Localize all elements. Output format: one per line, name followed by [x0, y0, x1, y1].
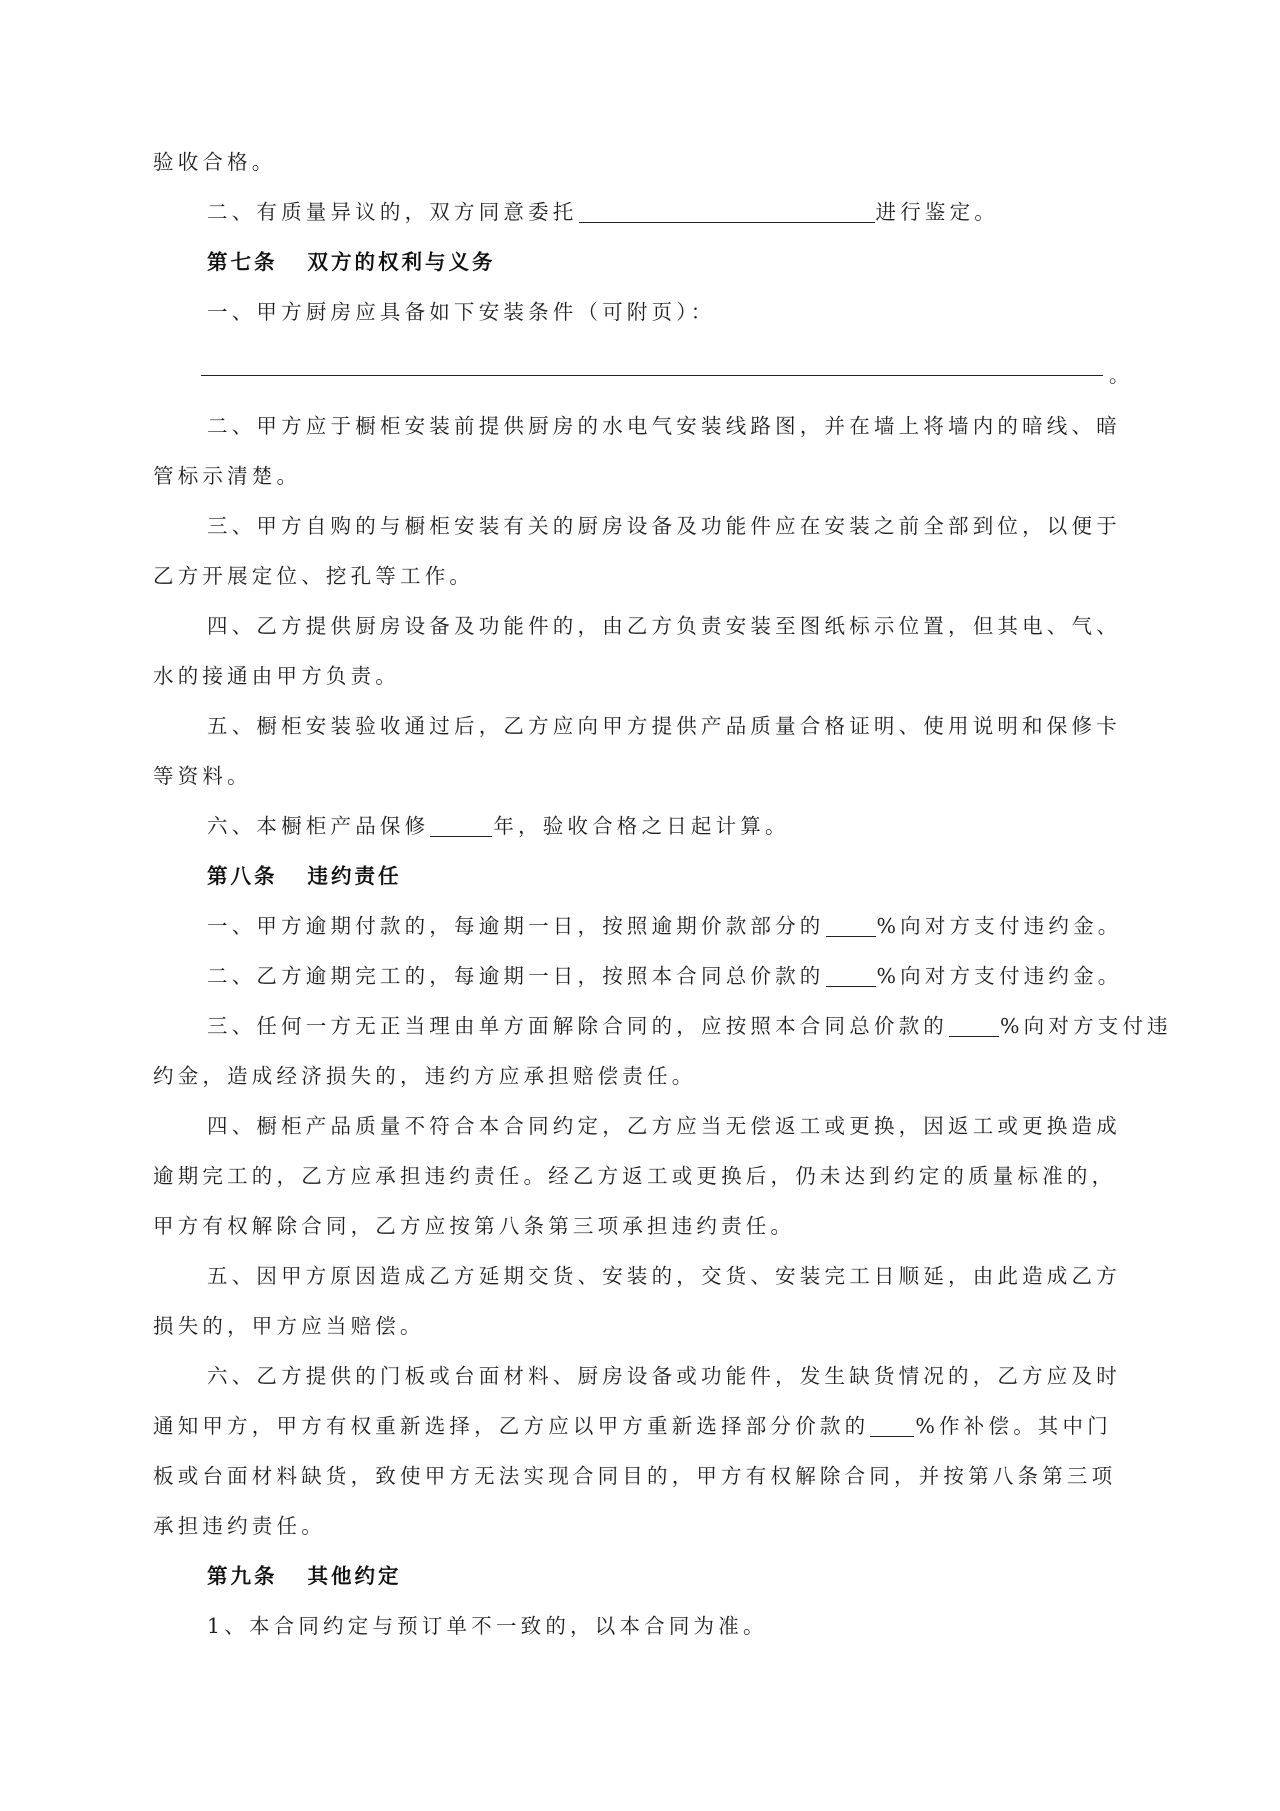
contract-body: 验收合格。 二、有质量异议的，双方同意委托进行鉴定。 第七条双方的权利与义务 一…: [153, 137, 1128, 1651]
article-7-heading: 第七条双方的权利与义务: [153, 237, 1128, 287]
text: 板或台面材料缺货，致使甲方无法实现合同目的，甲方有权解除合同，并按第八条第三项: [153, 1464, 1116, 1488]
paragraph-line: 甲方有权解除合同，乙方应按第八条第三项承担违约责任。: [153, 1201, 1128, 1251]
clause-7-3: 三、甲方自购的与橱柜安装有关的厨房设备及功能件应在安装之前全部到位，以便于: [153, 501, 1128, 551]
text: 五、橱柜安装验收通过后，乙方应向甲方提供产品质量合格证明、使用说明和保修卡: [207, 714, 1121, 738]
clause-8-3: 三、任何一方无正当理由单方面解除合同的，应按照本合同总价款的%向对方支付违: [153, 1001, 1128, 1051]
text: 承担违约责任。: [153, 1514, 326, 1538]
paragraph-line: 等资料。: [153, 751, 1128, 801]
text: 逾期完工的，乙方应承担违约责任。经乙方返工或更换后，仍未达到约定的质量标准的，: [153, 1164, 1116, 1188]
fill-blank-installation-conditions[interactable]: [201, 375, 1103, 376]
clause-7-4: 四、乙方提供厨房设备及功能件的，由乙方负责安装至图纸标示位置，但其电、气、: [153, 601, 1128, 651]
article-title: 双方的权利与义务: [308, 250, 496, 274]
paragraph-line: 损失的，甲方应当赔偿。: [153, 1301, 1128, 1351]
text: %向对方支付违约金。: [877, 964, 1123, 988]
text: 六、本橱柜产品保修: [207, 814, 429, 838]
text: 二、甲方应于橱柜安装前提供厨房的水电气安装线路图，并在墙上将墙内的暗线、暗: [207, 414, 1121, 438]
article-title: 违约责任: [308, 864, 402, 888]
fill-blank-warranty-years[interactable]: [430, 814, 492, 837]
text: 管标示清楚。: [153, 464, 301, 488]
text: %向对方支付违: [1000, 1014, 1172, 1038]
paragraph-line: 乙方开展定位、挖孔等工作。: [153, 551, 1128, 601]
clause-7-6: 六、本橱柜产品保修年，验收合格之日起计算。: [153, 801, 1128, 851]
paragraph-line: 板或台面材料缺货，致使甲方无法实现合同目的，甲方有权解除合同，并按第八条第三项: [153, 1451, 1128, 1501]
clause-6-2: 二、有质量异议的，双方同意委托进行鉴定。: [153, 187, 1128, 237]
text: 进行鉴定。: [876, 200, 1000, 224]
paragraph-line: 水的接通由甲方负责。: [153, 651, 1128, 701]
fill-blank-late-payment-rate[interactable]: [826, 914, 876, 937]
article-9-heading: 第九条其他约定: [153, 1551, 1128, 1601]
text: 1、本合同约定与预订单不一致的，以本合同为准。: [207, 1614, 768, 1638]
clause-9-1: 1、本合同约定与预订单不一致的，以本合同为准。: [153, 1601, 1128, 1651]
text: 六、乙方提供的门板或台面材料、厨房设备或功能件，发生缺货情况的，乙方应及时: [207, 1364, 1121, 1388]
text: 损失的，甲方应当赔偿。: [153, 1314, 425, 1338]
fill-blank-appraisal-agency[interactable]: [579, 200, 875, 223]
text: 一、甲方厨房应具备如下安装条件（可附页）：: [207, 300, 715, 324]
text: 约金，造成经济损失的，违约方应承担赔偿责任。: [153, 1064, 696, 1088]
article-number: 第七条: [207, 250, 278, 274]
text: %作补偿。其中门: [915, 1414, 1112, 1438]
clause-7-1: 一、甲方厨房应具备如下安装条件（可附页）：: [153, 287, 1128, 337]
fill-blank-termination-rate[interactable]: [949, 1014, 999, 1037]
clause-7-5: 五、橱柜安装验收通过后，乙方应向甲方提供产品质量合格证明、使用说明和保修卡: [153, 701, 1128, 751]
fill-blank-late-completion-rate[interactable]: [826, 964, 876, 987]
text: 甲方有权解除合同，乙方应按第八条第三项承担违约责任。: [153, 1214, 795, 1238]
text: 五、因甲方原因造成乙方延期交货、安装的，交货、安装完工日顺延，由此造成乙方: [207, 1264, 1121, 1288]
fill-blank-compensation-rate[interactable]: [870, 1414, 914, 1437]
paragraph-line: 承担违约责任。: [153, 1501, 1128, 1551]
installation-conditions-line: 。: [153, 337, 1128, 401]
text: 等资料。: [153, 764, 252, 788]
text: %向对方支付违约金。: [877, 914, 1123, 938]
paragraph-line: 逾期完工的，乙方应承担违约责任。经乙方返工或更换后，仍未达到约定的质量标准的，: [153, 1151, 1128, 1201]
clause-8-6: 六、乙方提供的门板或台面材料、厨房设备或功能件，发生缺货情况的，乙方应及时: [153, 1351, 1128, 1401]
text: 验收合格。: [153, 150, 277, 174]
clause-7-2: 二、甲方应于橱柜安装前提供厨房的水电气安装线路图，并在墙上将墙内的暗线、暗: [153, 401, 1128, 451]
text: 一、甲方逾期付款的，每逾期一日，按照逾期价款部分的: [207, 914, 825, 938]
text: 乙方开展定位、挖孔等工作。: [153, 564, 474, 588]
article-number: 第九条: [207, 1564, 278, 1588]
document-page: 验收合格。 二、有质量异议的，双方同意委托进行鉴定。 第七条双方的权利与义务 一…: [0, 0, 1280, 1811]
paragraph-line: 约金，造成经济损失的，违约方应承担赔偿责任。: [153, 1051, 1128, 1101]
clause-8-5: 五、因甲方原因造成乙方延期交货、安装的，交货、安装完工日顺延，由此造成乙方: [153, 1251, 1128, 1301]
text: 三、任何一方无正当理由单方面解除合同的，应按照本合同总价款的: [207, 1014, 948, 1038]
paragraph-line: 管标示清楚。: [153, 451, 1128, 501]
text: 水的接通由甲方负责。: [153, 664, 400, 688]
article-8-heading: 第八条违约责任: [153, 851, 1128, 901]
clause-8-4: 四、橱柜产品质量不符合本合同约定，乙方应当无偿返工或更换，因返工或更换造成: [153, 1101, 1128, 1151]
text: 通知甲方，甲方有权重新选择，乙方应以甲方重新选择部分价款的: [153, 1414, 869, 1438]
text: 二、乙方逾期完工的，每逾期一日，按照本合同总价款的: [207, 964, 825, 988]
article-number: 第八条: [207, 864, 278, 888]
text: 四、橱柜产品质量不符合本合同约定，乙方应当无偿返工或更换，因返工或更换造成: [207, 1114, 1121, 1138]
text: 年，验收合格之日起计算。: [493, 814, 789, 838]
paragraph-line: 验收合格。: [153, 137, 1128, 187]
text: 四、乙方提供厨房设备及功能件的，由乙方负责安装至图纸标示位置，但其电、气、: [207, 614, 1121, 638]
text: 三、甲方自购的与橱柜安装有关的厨房设备及功能件应在安装之前全部到位，以便于: [207, 514, 1121, 538]
text: 。: [1109, 359, 1129, 388]
paragraph-line: 通知甲方，甲方有权重新选择，乙方应以甲方重新选择部分价款的%作补偿。其中门: [153, 1401, 1128, 1451]
article-title: 其他约定: [308, 1564, 402, 1588]
clause-8-1: 一、甲方逾期付款的，每逾期一日，按照逾期价款部分的%向对方支付违约金。: [153, 901, 1128, 951]
clause-8-2: 二、乙方逾期完工的，每逾期一日，按照本合同总价款的%向对方支付违约金。: [153, 951, 1128, 1001]
text: 二、有质量异议的，双方同意委托: [207, 200, 578, 224]
